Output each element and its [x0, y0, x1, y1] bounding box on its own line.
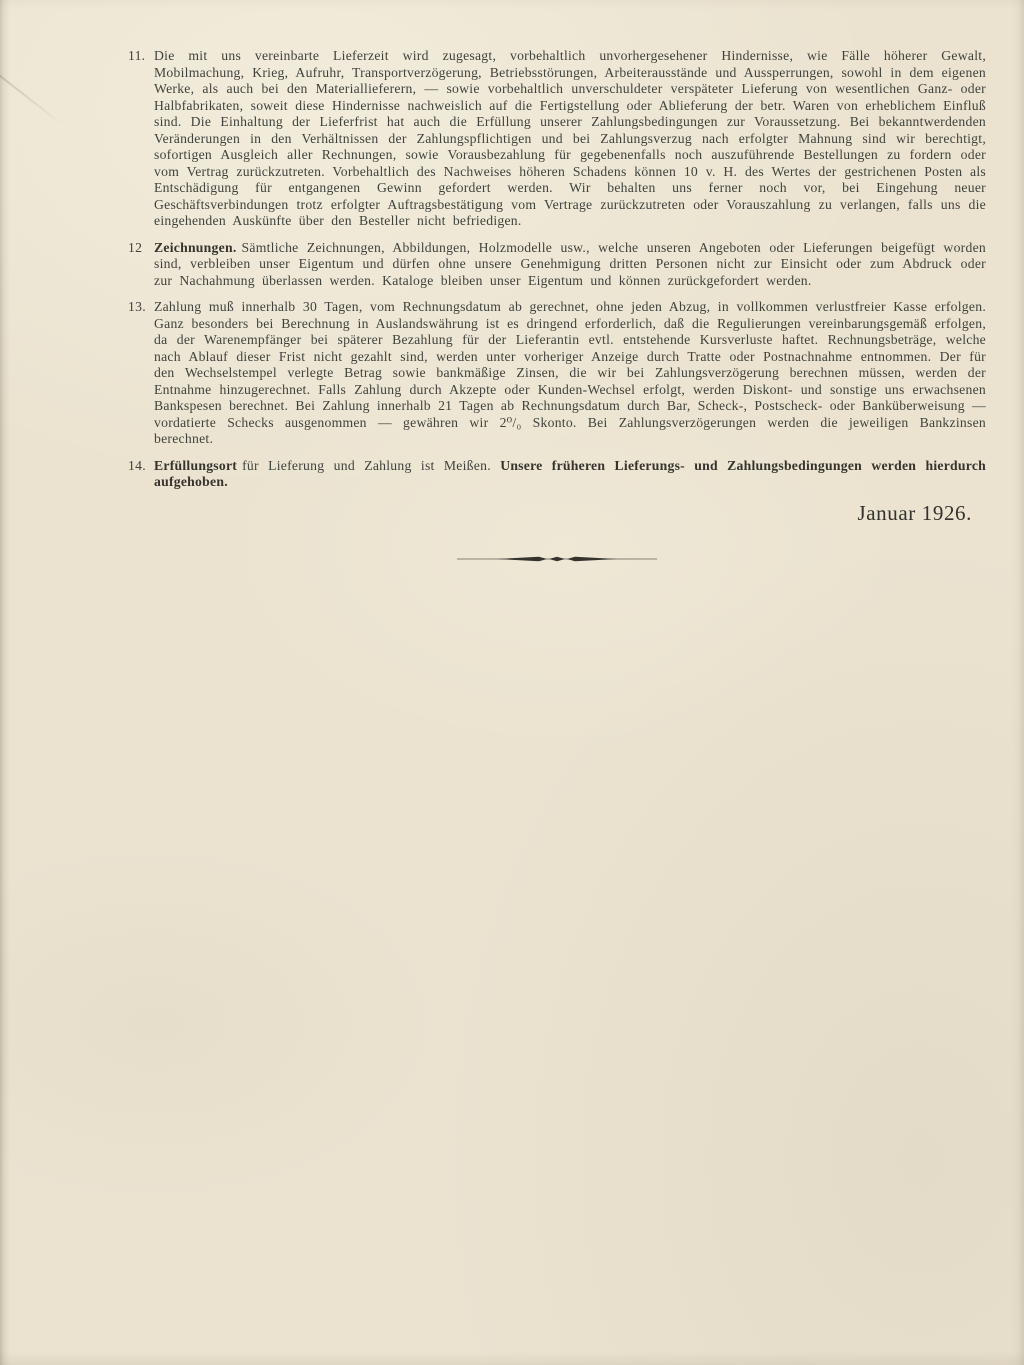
terms-item-13: 13. Zahlung muß innerhalb 30 Tagen, vom … [128, 299, 986, 448]
item-text: Zahlung muß innerhalb 30 Tagen, vom Rech… [154, 299, 986, 448]
item-number: 12 [128, 240, 154, 290]
item-body: für Lieferung und Zahlung ist Meißen. [242, 458, 491, 473]
item-text: Die mit uns vereinbarte Lieferzeit wird … [154, 48, 986, 230]
section-divider [128, 552, 986, 570]
item-number: 14. [128, 458, 154, 491]
item-text: Erfüllungsortfür Lieferung und Zahlung i… [154, 458, 986, 491]
item-number: 13. [128, 299, 154, 448]
terms-item-12: 12 Zeichnungen.Sämtliche Zeichnungen, Ab… [128, 240, 986, 290]
terms-item-14: 14. Erfüllungsortfür Lieferung und Zahlu… [128, 458, 986, 491]
terms-item-11: 11. Die mit uns vereinbarte Lieferzeit w… [128, 48, 986, 230]
item-number: 11. [128, 48, 154, 230]
item-lead-bold: Zeichnungen. [154, 240, 237, 255]
item-body: Zahlung muß innerhalb 30 Tagen, vom Rech… [154, 299, 986, 446]
divider-ornament-icon [457, 553, 657, 565]
item-text: Zeichnungen.Sämtliche Zeichnungen, Abbil… [154, 240, 986, 290]
item-body: Sämtliche Zeichnungen, Abbildungen, Holz… [154, 240, 986, 288]
scanned-document-page: { "page": { "language": "de", "date_line… [0, 0, 1024, 1365]
item-body: Die mit uns vereinbarte Lieferzeit wird … [154, 48, 986, 228]
date-line: Januar 1926. [128, 501, 986, 526]
item-lead-bold: Erfüllungsort [154, 458, 237, 473]
terms-text-block: 11. Die mit uns vereinbarte Lieferzeit w… [128, 48, 986, 570]
paper-crease [0, 69, 63, 126]
